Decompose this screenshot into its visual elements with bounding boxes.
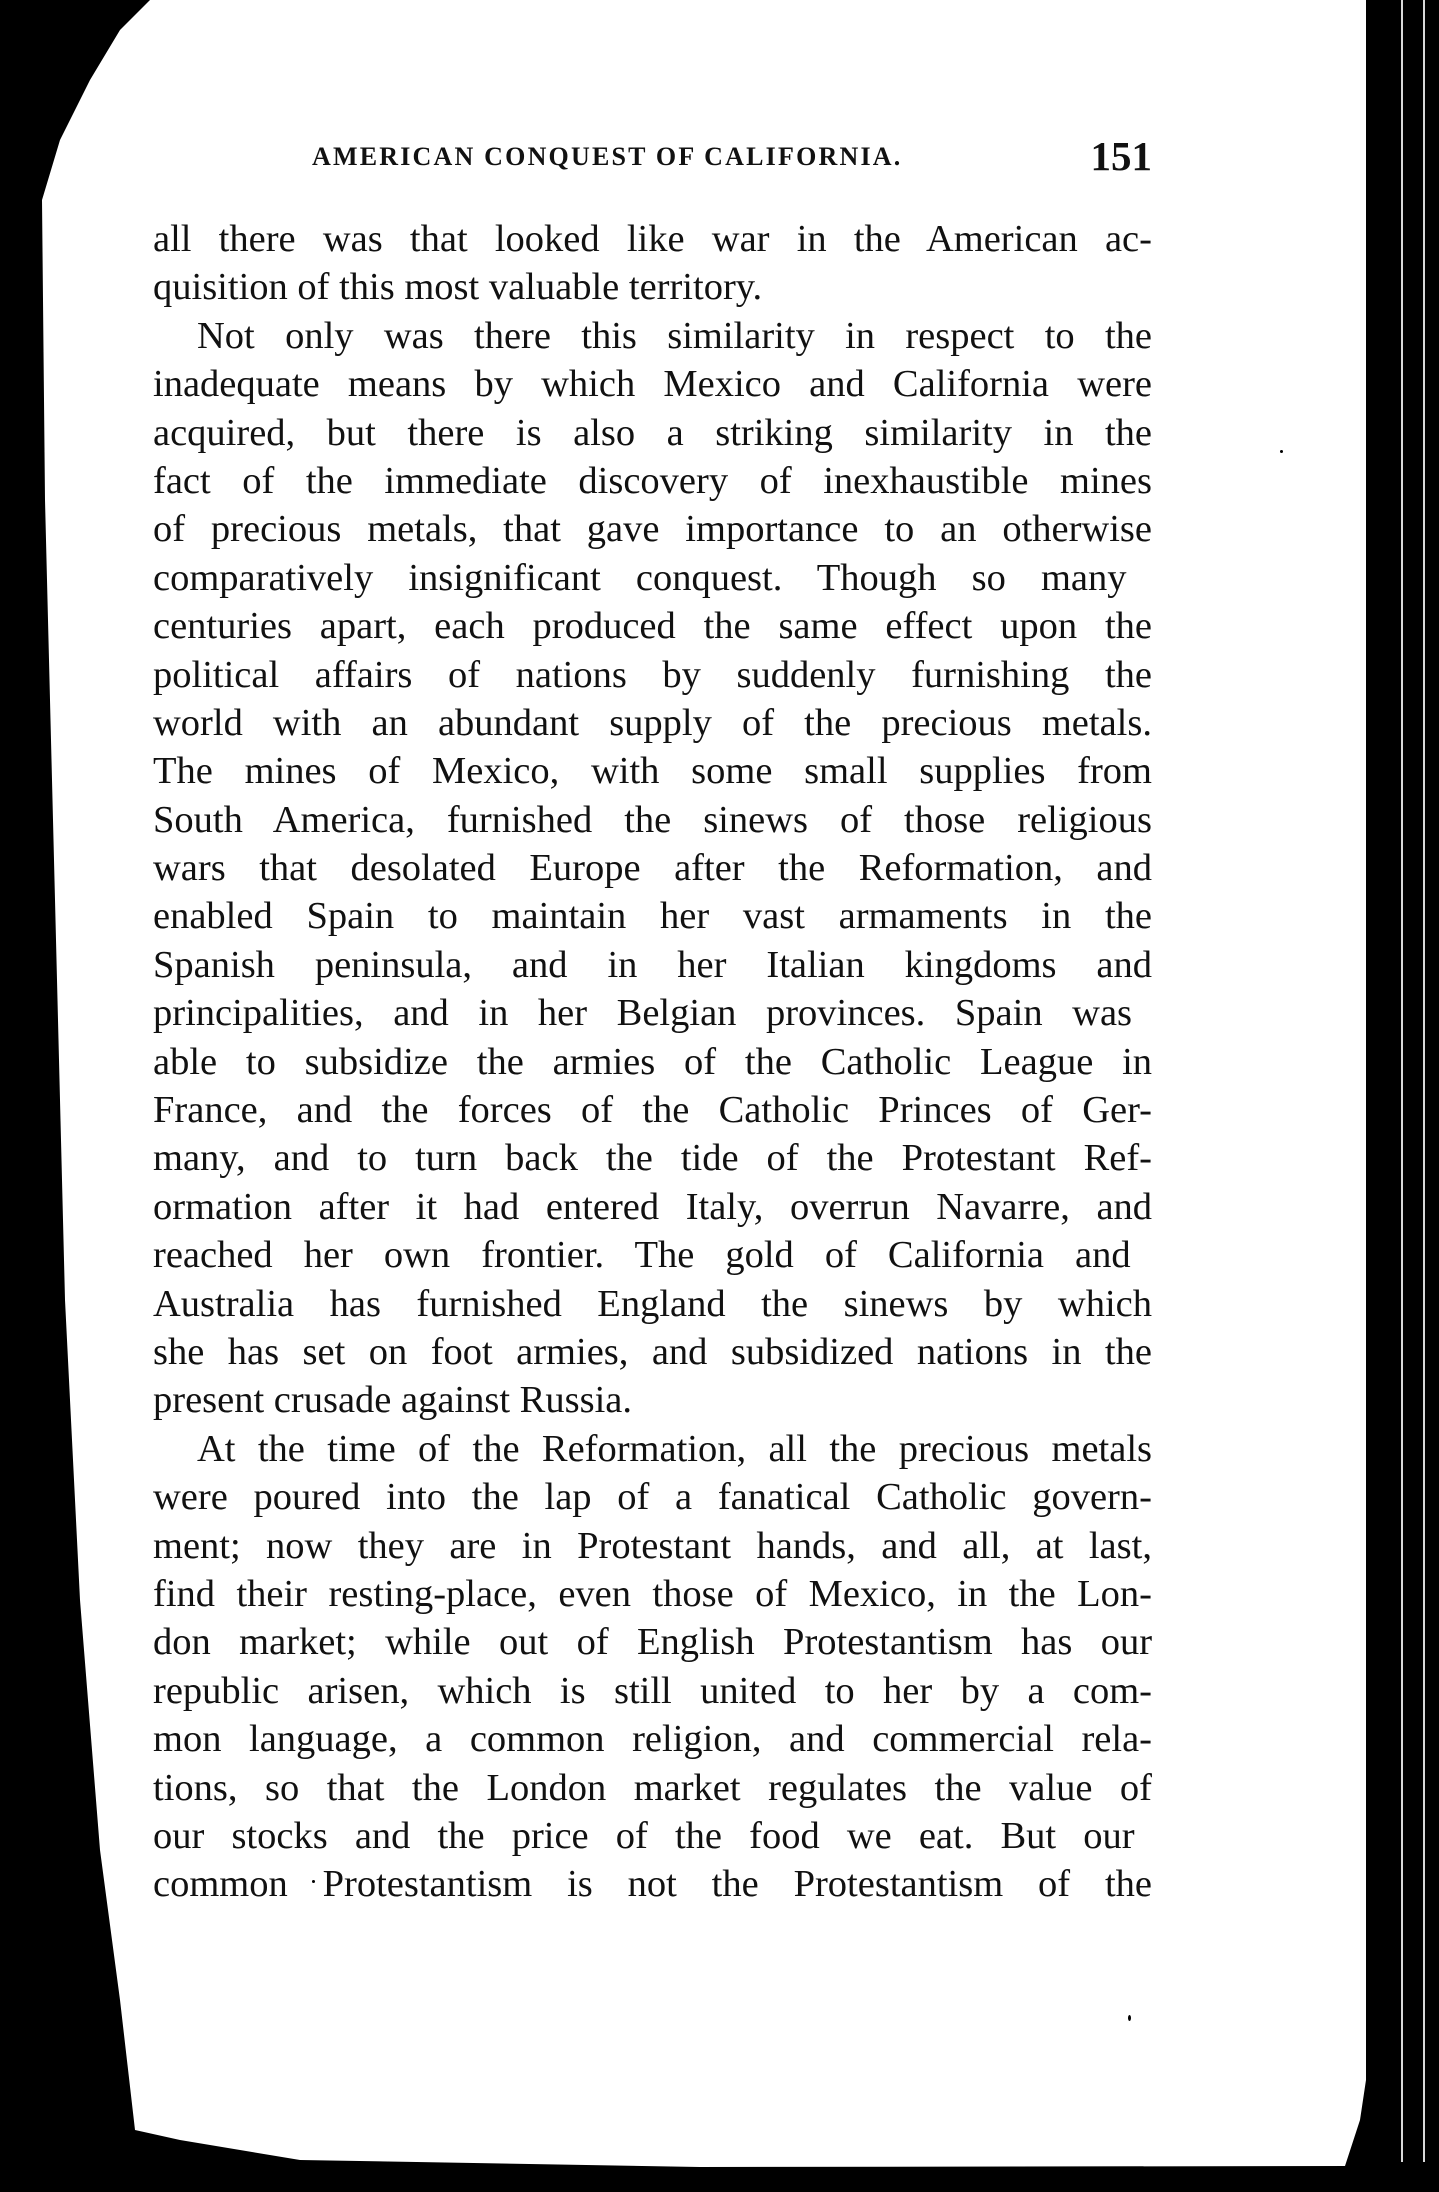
text-line: Australia has furnished England the sine…: [153, 1280, 1152, 1328]
text-line: ment; now they are in Protestant hands, …: [153, 1522, 1152, 1570]
text-line: comparatively insignificant conquest. Th…: [153, 554, 1152, 602]
text-line: France, and the forces of the Catholic P…: [153, 1086, 1152, 1134]
page-edge-line: [1401, 0, 1403, 2162]
text-line: political affairs of nations by suddenly…: [153, 651, 1152, 699]
page-number: 151: [1091, 132, 1153, 180]
text-line: our stocks and the price of the food we …: [153, 1812, 1152, 1860]
text-line: of precious metals, that gave importance…: [153, 505, 1152, 553]
text-line: able to subsidize the armies of the Cath…: [153, 1038, 1152, 1086]
text-line: acquired, but there is also a striking s…: [153, 409, 1152, 457]
scan-speck: [1128, 2015, 1131, 2021]
text-line: reached her own frontier. The gold of Ca…: [153, 1231, 1152, 1279]
text-line: Not only was there this similarity in re…: [153, 312, 1152, 360]
text-line: wars that desolated Europe after the Ref…: [153, 844, 1152, 892]
text-line: The mines of Mexico, with some small sup…: [153, 747, 1152, 795]
body-text: all there was that looked like war in th…: [153, 215, 1152, 1909]
text-line: South America, furnished the sinews of t…: [153, 796, 1152, 844]
text-line: principalities, and in her Belgian provi…: [153, 989, 1152, 1037]
scan-speck: [1280, 450, 1283, 453]
text-line: Spanish peninsula, and in her Italian ki…: [153, 941, 1152, 989]
page-edge-line: [1423, 0, 1425, 2162]
text-line: all there was that looked like war in th…: [153, 215, 1152, 263]
text-line: were poured into the lap of a fanatical …: [153, 1473, 1152, 1521]
text-line: world with an abundant supply of the pre…: [153, 699, 1152, 747]
text-line: enabled Spain to maintain her vast armam…: [153, 892, 1152, 940]
text-line: quisition of this most valuable territor…: [153, 263, 1152, 311]
text-line: don market; while out of English Protest…: [153, 1618, 1152, 1666]
text-line: find their resting-place, even those of …: [153, 1570, 1152, 1618]
running-header: AMERICAN CONQUEST OF CALIFORNIA. 151: [312, 136, 1152, 172]
text-line: mon language, a common religion, and com…: [153, 1715, 1152, 1763]
text-line: common Protestantism is not the Protesta…: [153, 1860, 1152, 1908]
text-line: many, and to turn back the tide of the P…: [153, 1134, 1152, 1182]
text-line: centuries apart, each produced the same …: [153, 602, 1152, 650]
text-line: she has set on foot armies, and subsidiz…: [153, 1328, 1152, 1376]
text-line: ormation after it had entered Italy, ove…: [153, 1183, 1152, 1231]
text-line: republic arisen, which is still united t…: [153, 1667, 1152, 1715]
text-line: inadequate means by which Mexico and Cal…: [153, 360, 1152, 408]
scan-speck: [312, 1880, 315, 1883]
running-title: AMERICAN CONQUEST OF CALIFORNIA.: [312, 142, 902, 172]
text-line: At the time of the Reformation, all the …: [153, 1425, 1152, 1473]
text-line: tions, so that the London market regulat…: [153, 1764, 1152, 1812]
text-line: fact of the immediate discovery of inexh…: [153, 457, 1152, 505]
text-line: present crusade against Russia.: [153, 1376, 1152, 1424]
book-edge-shadow: [1365, 0, 1439, 2192]
